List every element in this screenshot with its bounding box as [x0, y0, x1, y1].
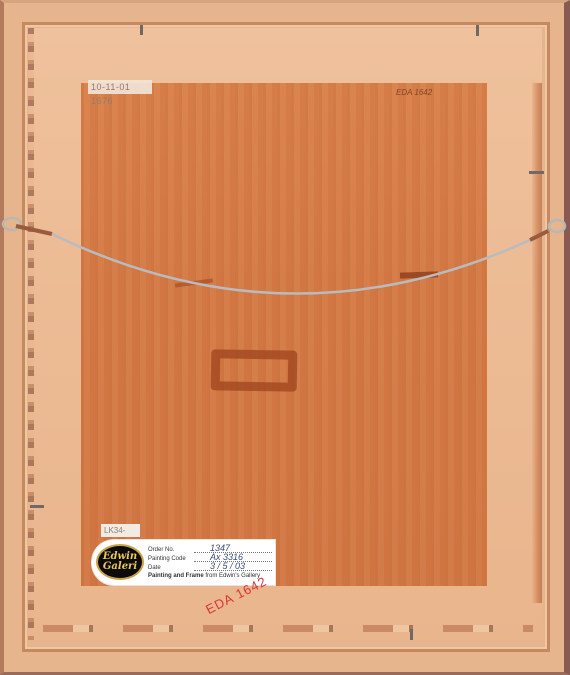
label-footer: Painting and Frame from Edwin's Gallery — [148, 573, 260, 579]
date-row: Date 3 / 5 / 03 — [148, 562, 272, 571]
field-key: Date — [148, 565, 194, 571]
edwin-galeri-logo: Edwin Galeri — [96, 544, 144, 580]
gallery-label: Edwin Galeri Order No. 1347 Painting Cod… — [92, 540, 275, 585]
label-fields: Order No. 1347 Painting Code Ax 3316 Dat… — [148, 544, 272, 571]
nail-top-right — [476, 25, 479, 36]
framed-painting-back-photo: 10-11-01 1676 EDA 1642 LK34-38/CC Edwin … — [0, 0, 570, 675]
nail-left — [30, 505, 44, 508]
field-value: 3 / 5 / 03 — [194, 562, 272, 571]
torn-edge-right — [532, 83, 542, 603]
top-left-tape-label: 10-11-01 1676 — [88, 80, 152, 94]
pencil-inventory-note: EDA 1642 — [396, 88, 432, 97]
logo-line-2: Galeri — [103, 562, 137, 572]
torn-edge-left — [28, 28, 34, 640]
footer-bold: Painting and Frame — [148, 573, 204, 579]
plywood-board — [81, 83, 487, 586]
nail-right — [529, 171, 544, 174]
nail-bottom — [410, 629, 413, 640]
nail-top-left — [140, 25, 143, 35]
torn-edge-bottom — [43, 625, 533, 632]
tape-residue-stain — [211, 349, 298, 391]
field-key: Painting Code — [148, 556, 194, 562]
field-key: Order No. — [148, 547, 194, 553]
stock-tag: LK34-38/CC — [101, 524, 140, 537]
